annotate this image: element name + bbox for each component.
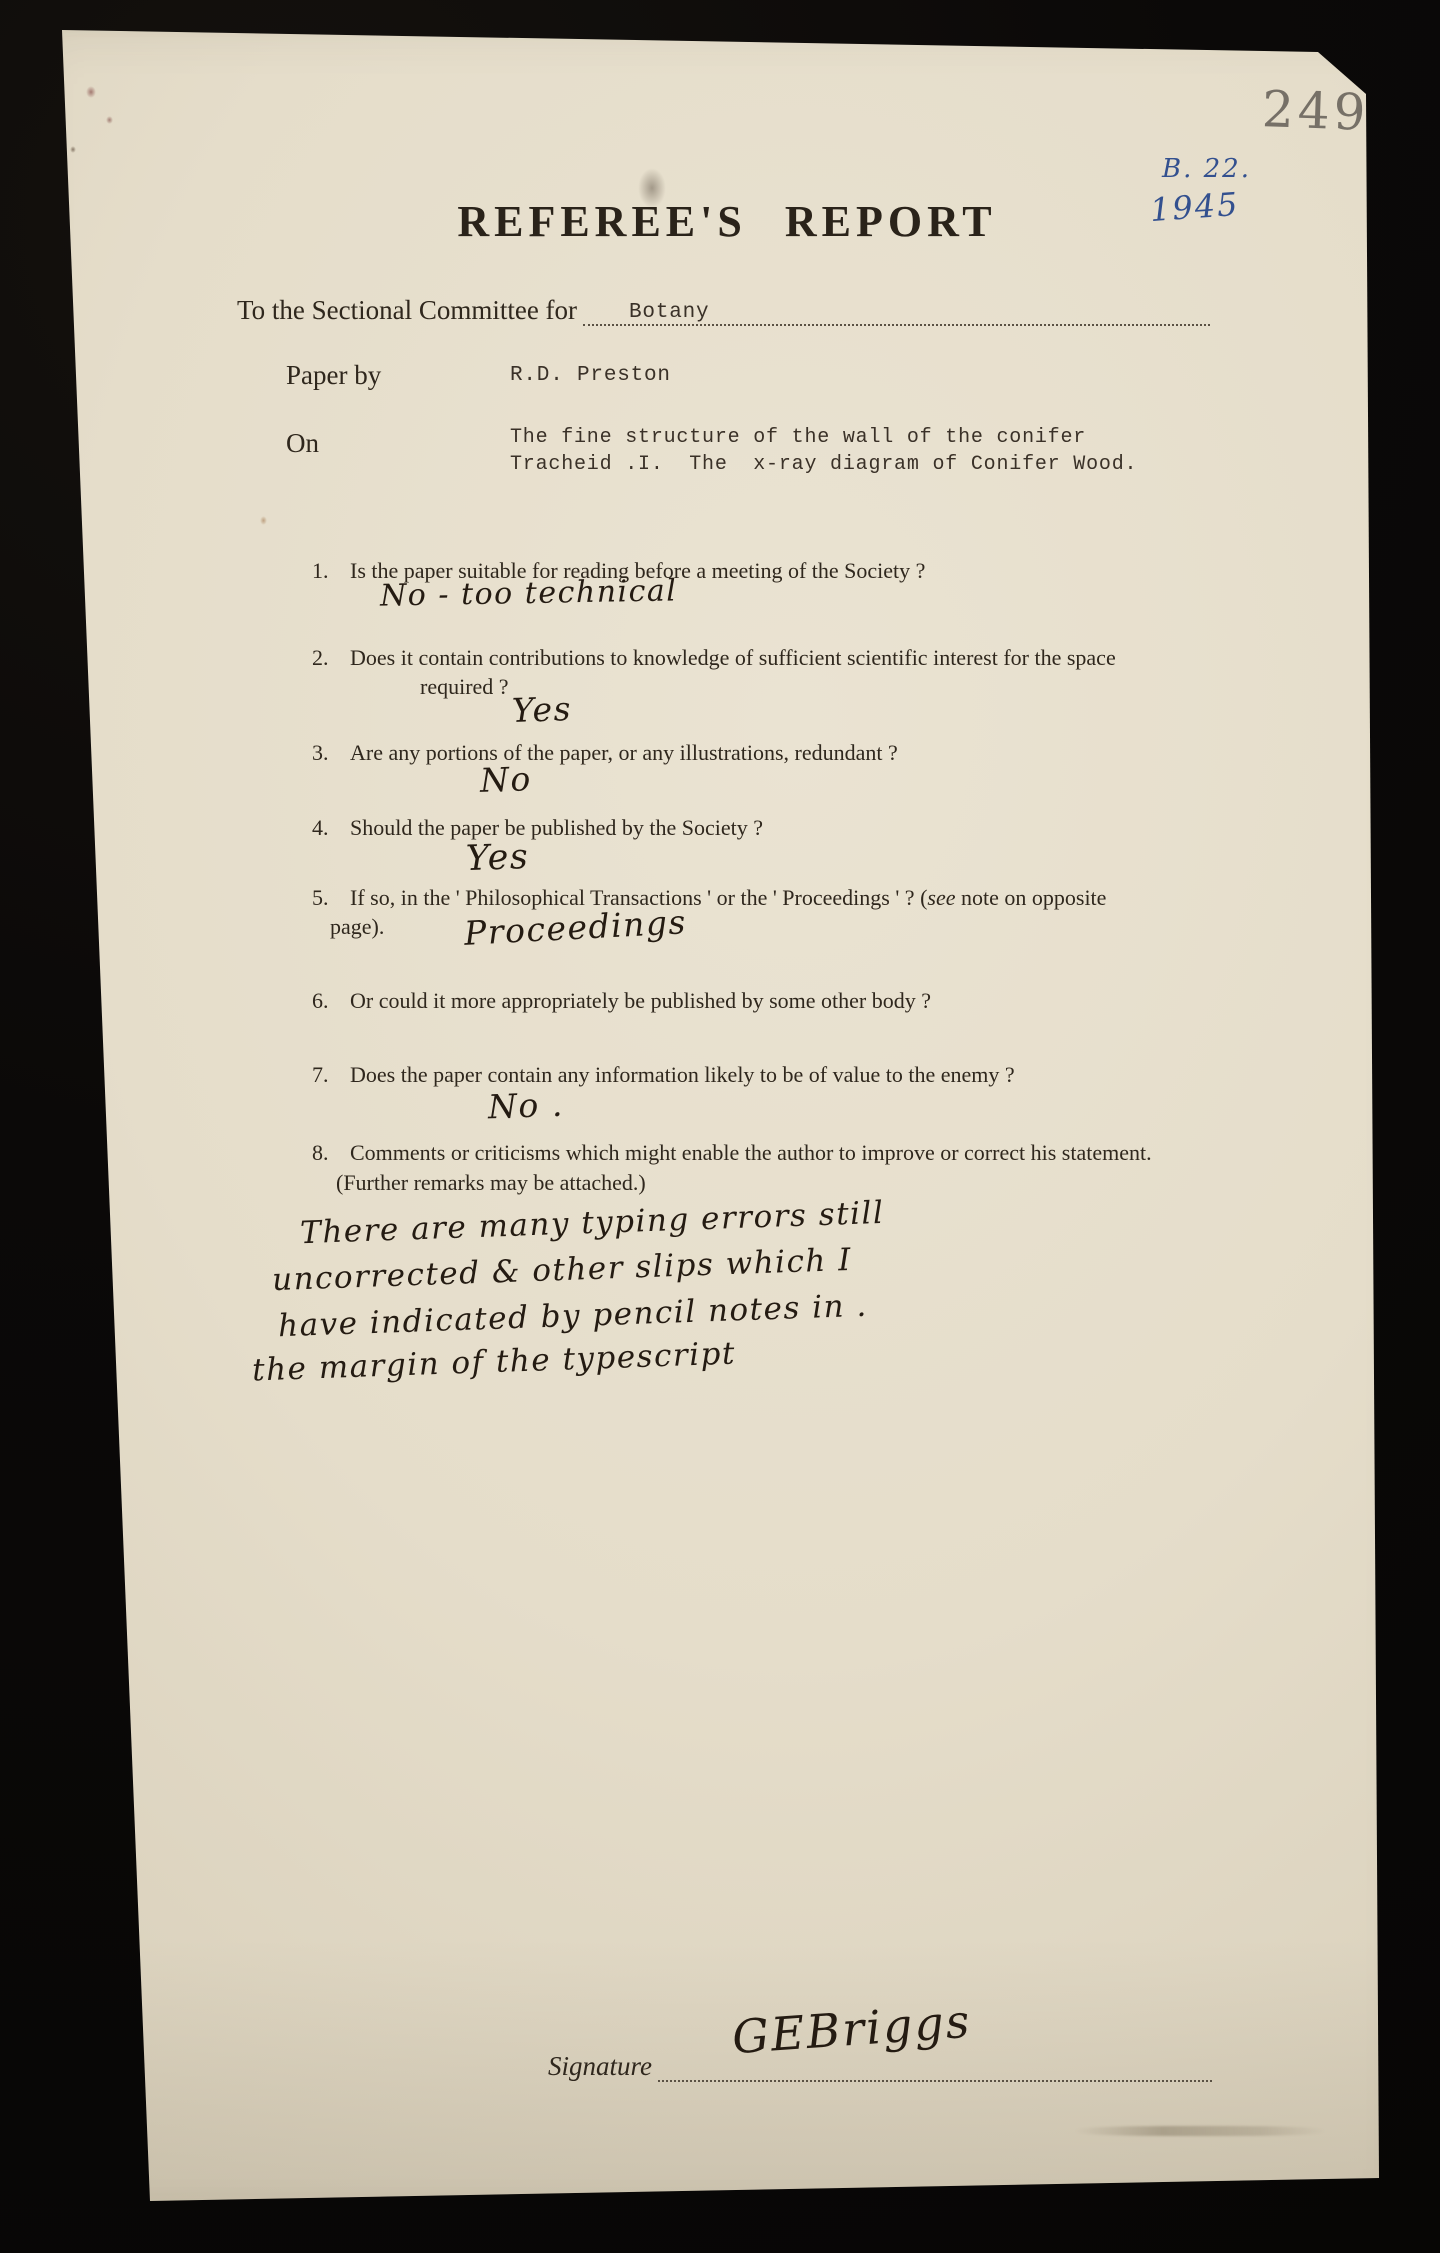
signature-line: Signature [548,2052,1212,2082]
question-8-text: Comments or criticisms which might enabl… [350,1140,1152,1165]
committee-value: Botany [629,301,709,324]
paper-surface [0,0,1440,2253]
committee-dotted-line: Botany [583,301,1210,326]
question-5-text: If so, in the ' Philosophical Transactio… [350,885,1106,910]
question-6-number: 6. [312,988,338,1014]
question-4: 4.Should the paper be published by the S… [312,815,763,841]
question-5-text-em: see [927,885,955,910]
signature-label: Signature [548,2052,652,2082]
question-3: 3.Are any portions of the paper, or any … [312,740,898,766]
question-7: 7.Does the paper contain any information… [312,1062,1015,1088]
question-5-text-post: note on opposite [956,885,1107,910]
folio-number: 249 [1261,80,1370,142]
committee-label: To the Sectional Committee for [237,296,577,326]
signature-dotted-line [658,2080,1212,2082]
question-6-text: Or could it more appropriately be publis… [350,988,931,1013]
reference-code: B. 22. [1162,154,1251,184]
question-3-text: Are any portions of the paper, or any il… [350,740,898,765]
page-title: REFEREE'S REPORT [327,196,1127,247]
report-sheet: 249 B. 22. 1945 REFEREE'S REPORT To the … [0,0,1440,2253]
committee-line: To the Sectional Committee for Botany [237,296,1210,326]
question-1-number: 1. [312,558,338,584]
paper-title-line1: The fine structure of the wall of the co… [510,426,1086,449]
question-2-text-line2: required ? [420,674,509,700]
answer-4: Yes [465,837,530,879]
paper-title-line2: Tracheid .I. The x-ray diagram of Conife… [510,453,1137,476]
paper-by-label: Paper by [286,360,381,391]
answer-2: Yes [511,689,572,730]
question-2: 2.Does it contain contributions to knowl… [312,645,1116,671]
question-4-text: Should the paper be published by the Soc… [350,815,763,840]
question-6: 6.Or could it more appropriately be publ… [312,988,931,1014]
question-8: 8.Comments or criticisms which might ena… [312,1140,1152,1166]
answer-1: No - too technical [380,573,678,613]
answer-7: No . [487,1085,564,1127]
question-5-number: 5. [312,885,338,911]
question-8-text-line2: (Further remarks may be attached.) [336,1170,646,1196]
question-5-text-line2: page). [330,914,384,940]
question-3-number: 3. [312,740,338,766]
question-7-text: Does the paper contain any information l… [350,1062,1015,1087]
on-label: On [286,428,319,459]
question-4-number: 4. [312,815,338,841]
question-7-number: 7. [312,1062,338,1088]
answer-3: No [479,759,532,800]
question-2-number: 2. [312,645,338,671]
question-5: 5.If so, in the ' Philosophical Transact… [312,885,1106,911]
paper-author: R.D. Preston [510,364,671,387]
question-8-number: 8. [312,1140,338,1166]
question-2-text: Does it contain contributions to knowled… [350,645,1116,670]
photograph-background: 249 B. 22. 1945 REFEREE'S REPORT To the … [0,0,1440,2253]
year-annotation: 1945 [1149,185,1241,229]
